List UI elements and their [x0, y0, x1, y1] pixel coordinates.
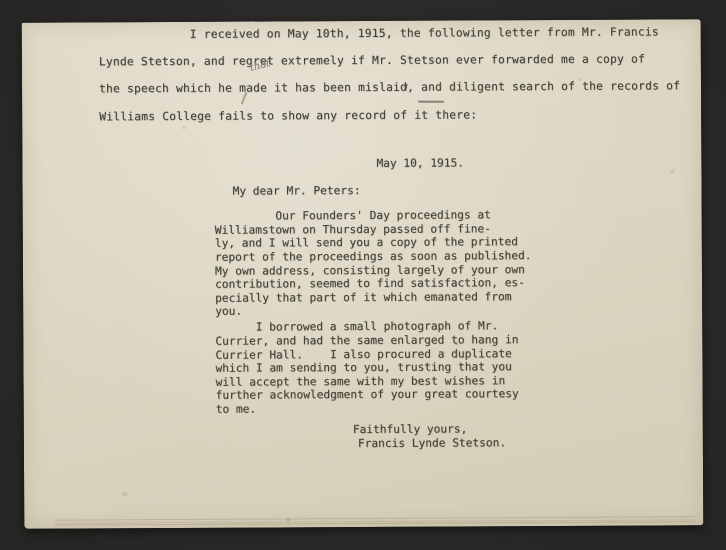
- quoted-letter: May 10, 1915. My dear Mr. Peters: Our Fo…: [214, 156, 532, 451]
- paper-bottom-sheet-edges: [54, 514, 695, 527]
- pencil-underline-mark: [418, 101, 444, 103]
- letter-closing: Faithfully yours,: [353, 422, 533, 437]
- paper-speck: [286, 518, 290, 521]
- paper-speck: [578, 78, 581, 81]
- body-line: report of the proceedings as soon as pub…: [215, 249, 532, 264]
- body-line: Currier, and had the same enlarged to ha…: [215, 333, 532, 348]
- body-line: Our Founders' Day proceedings at: [215, 208, 532, 223]
- paper-speck: [670, 169, 674, 173]
- letter-paragraph-1: Our Founders' Day proceedings at William…: [215, 208, 532, 318]
- letter-signature: Francis Lynde Stetson.: [358, 436, 533, 451]
- letter-paper: I received on May 10th, 1915, the follow…: [22, 19, 704, 529]
- paper-speck: [455, 342, 458, 345]
- intro-line: the speech which he made it has been mis…: [99, 73, 680, 103]
- paper-speck: [122, 492, 127, 496]
- body-line: to me.: [216, 401, 533, 416]
- body-line: you.: [215, 303, 532, 318]
- intro-line: Lynde Stetson, and regret extremely if M…: [99, 46, 680, 76]
- intro-line: Williams College fails to show any recor…: [99, 100, 680, 130]
- intro-paragraph: I received on May 10th, 1915, the follow…: [99, 18, 681, 130]
- body-line: contribution, seemed to find satisfactio…: [215, 276, 532, 291]
- letter-salutation: My dear Mr. Peters:: [233, 183, 532, 198]
- body-line: pecially that part of it which emanated …: [215, 290, 532, 305]
- paper-speck: [182, 126, 186, 129]
- body-line: which I am sending to you, trusting that…: [215, 360, 532, 375]
- photo-background: I received on May 10th, 1915, the follow…: [0, 0, 726, 550]
- letter-paragraph-2: I borrowed a small photograph of Mr. Cur…: [215, 320, 532, 417]
- body-line: further acknowledgment of your great cou…: [216, 388, 533, 403]
- letter-date: May 10, 1915.: [376, 156, 531, 170]
- intro-line: I received on May 10th, 1915, the follow…: [99, 18, 680, 48]
